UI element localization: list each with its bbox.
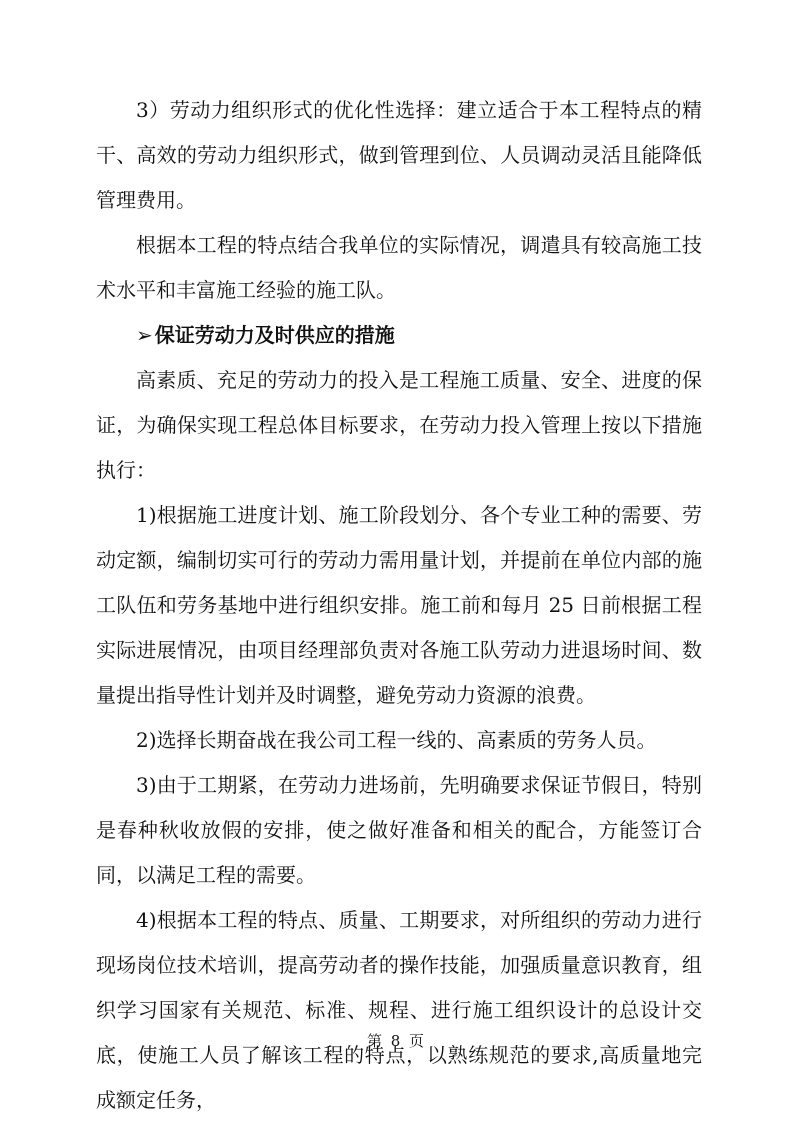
paragraph-measure-3-holiday-arrangement: 3)由于工期紧，在劳动力进场前，先明确要求保证节假日，特别是春种秋收放假的安排，… <box>96 763 702 898</box>
section-heading-text: 保证劳动力及时供应的措施 <box>155 323 395 347</box>
paragraph-labor-input-guarantee: 高素质、充足的劳动力的投入是工程施工质量、安全、进度的保证，为确保实现工程总体目… <box>96 358 702 493</box>
paragraph-optimize-labor-organization: 3）劳动力组织形式的优化性选择：建立适合于本工程特点的精干、高效的劳动力组织形式… <box>96 88 702 223</box>
paragraph-dispatch-skilled-teams: 根据本工程的特点结合我单位的实际情况，调遣具有较高施工技术水平和丰富施工经验的施… <box>96 223 702 313</box>
document-page: 3）劳动力组织形式的优化性选择：建立适合于本工程特点的精干、高效的劳动力组织形式… <box>0 0 793 1122</box>
paragraph-measure-2-select-workers: 2)选择长期奋战在我公司工程一线的、高素质的劳务人员。 <box>96 718 702 763</box>
page-number-footer: 第 8 页 <box>0 1030 793 1052</box>
section-heading-labor-supply-measures: ➢保证劳动力及时供应的措施 <box>96 313 702 358</box>
paragraph-measure-4-training: 4)根据本工程的特点、质量、工期要求，对所组织的劳动力进行现场岗位技术培训，提高… <box>96 898 702 1122</box>
arrow-bullet-icon: ➢ <box>136 323 153 347</box>
paragraph-measure-1-labor-plan: 1)根据施工进度计划、施工阶段划分、各个专业工种的需要、劳动定额，编制切实可行的… <box>96 493 702 718</box>
document-body: 3）劳动力组织形式的优化性选择：建立适合于本工程特点的精干、高效的劳动力组织形式… <box>96 88 702 1122</box>
